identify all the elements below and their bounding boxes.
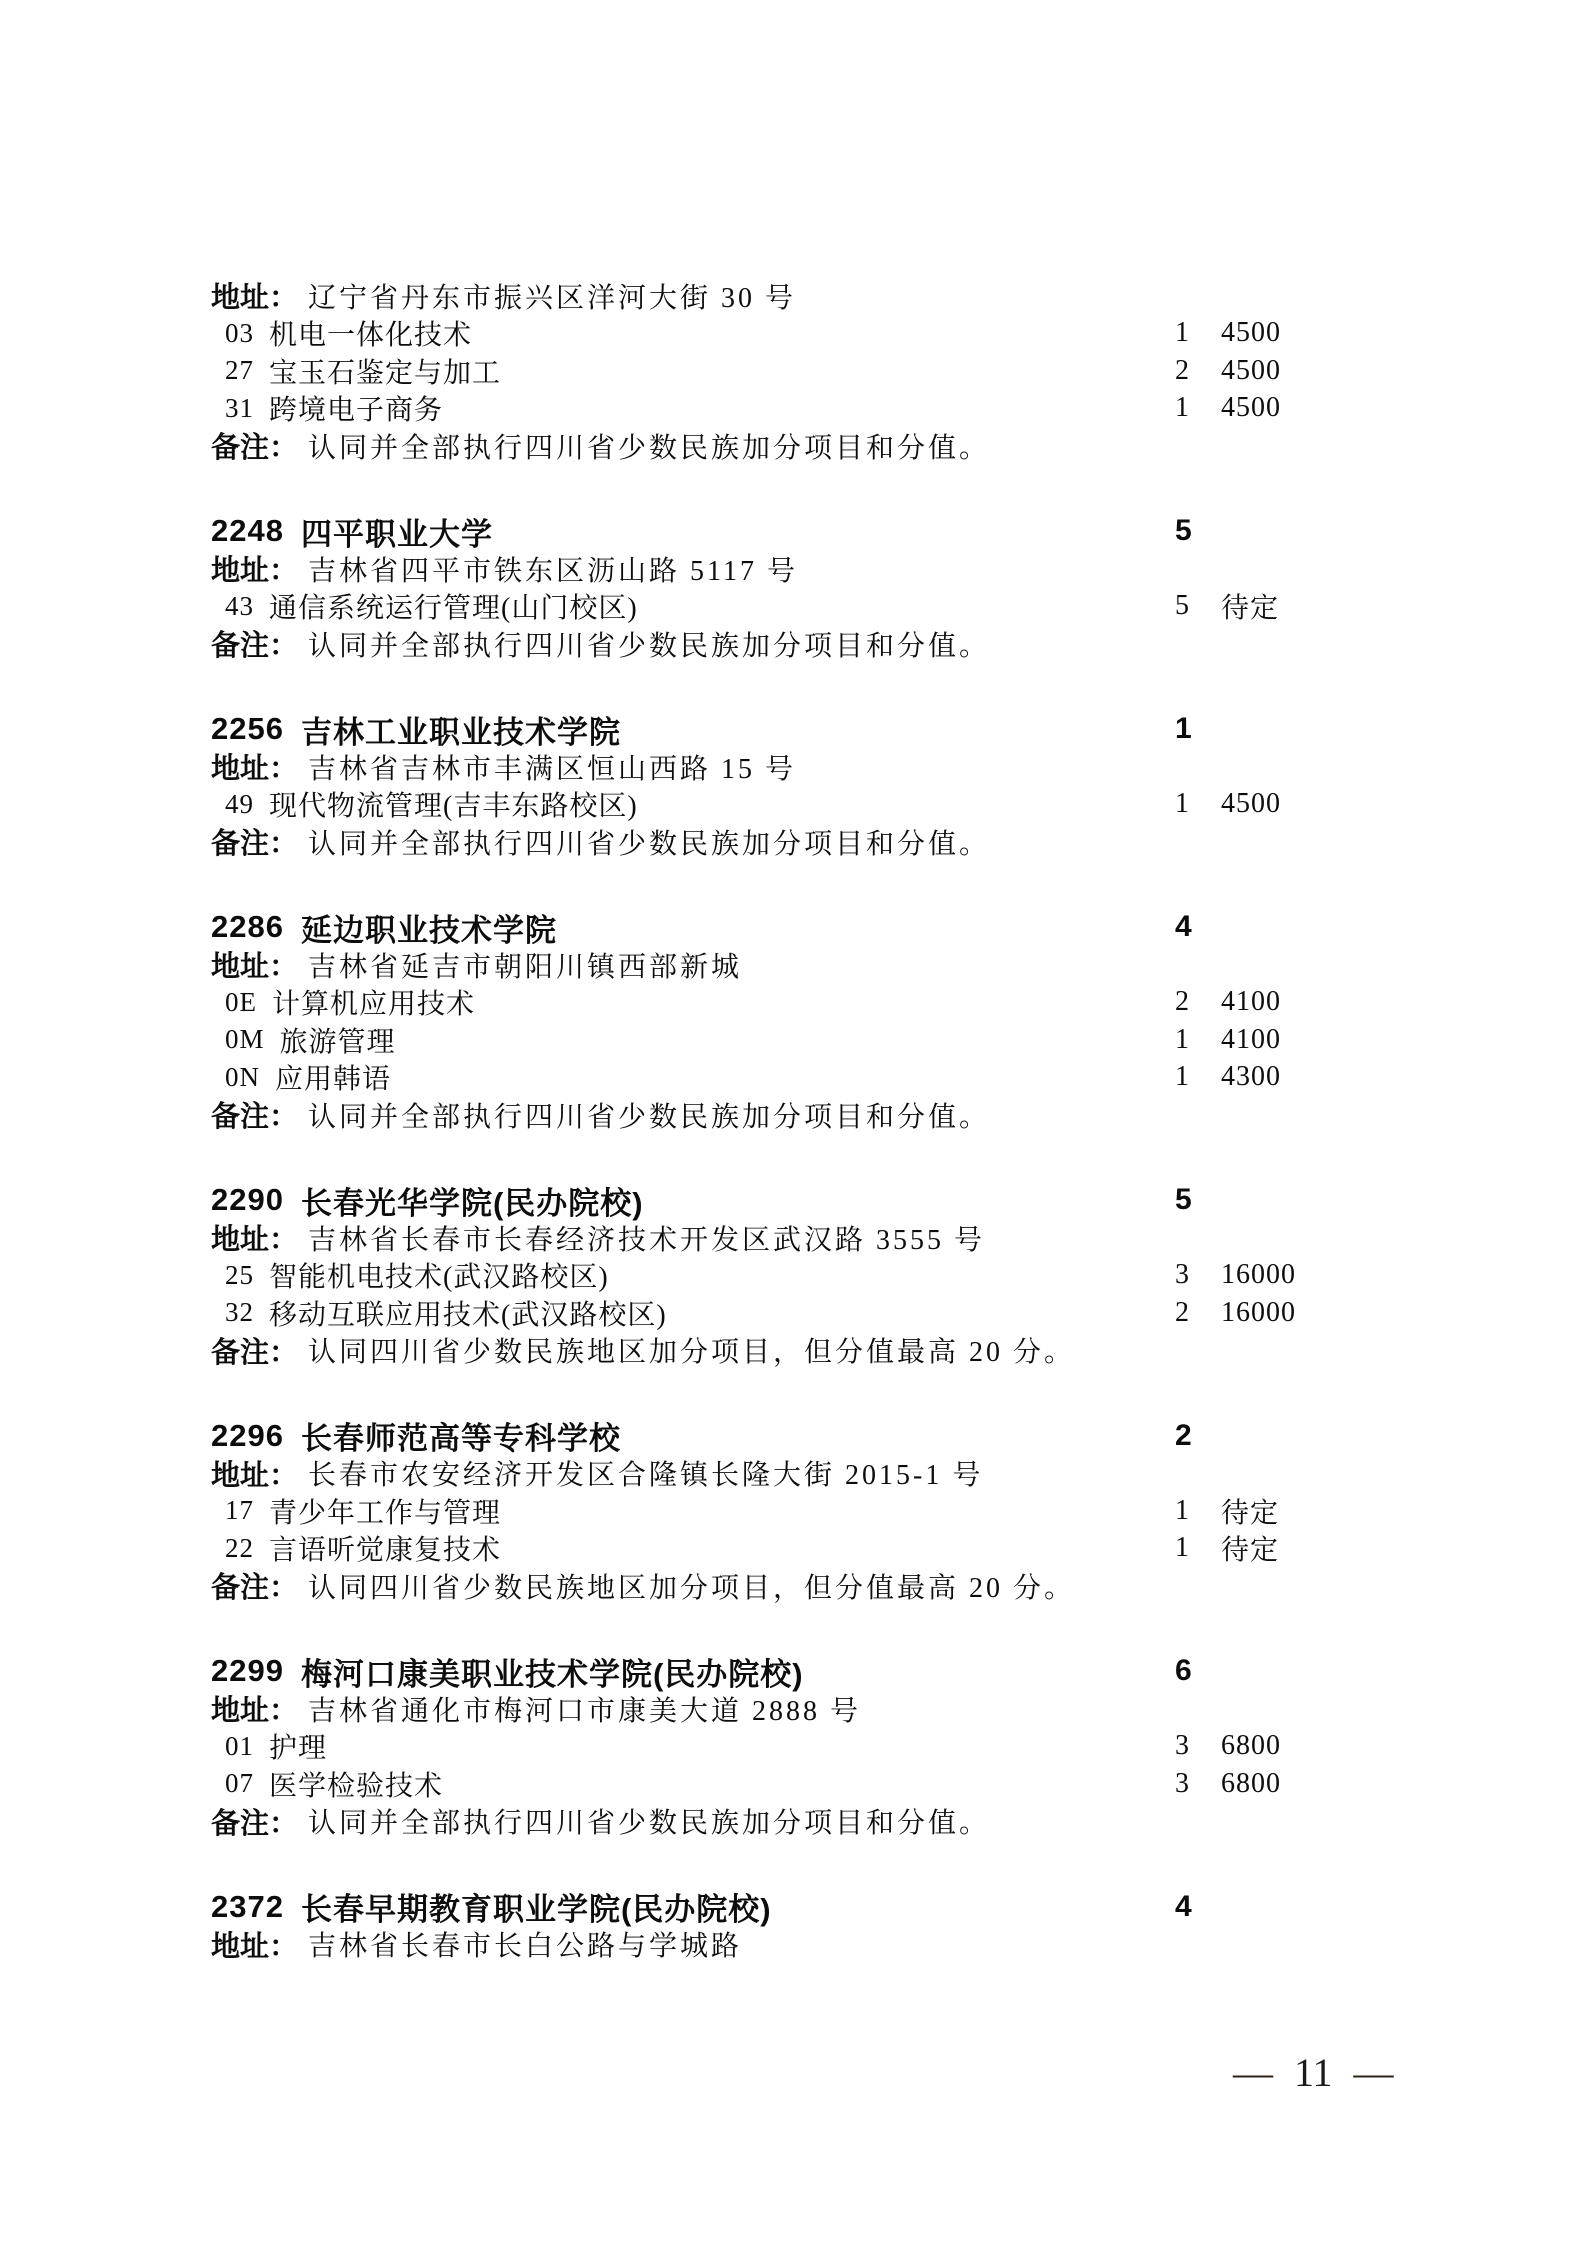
major-name: 应用韩语	[275, 1057, 391, 1097]
major-plan-count: 1	[1175, 1495, 1189, 1527]
school-header: 2286延边职业技术学院4	[211, 909, 1461, 947]
address-label: 地址：	[211, 275, 298, 316]
major-name: 言语听觉康复技术	[269, 1528, 501, 1568]
note-row: 备注：认同并全部执行四川省少数民族加分项目和分值。	[211, 427, 1461, 465]
address-text: 吉林省通化市梅河口市康美大道 2888 号	[308, 1689, 861, 1729]
major-name: 机电一体化技术	[269, 313, 472, 353]
major-plan-count: 1	[1175, 1061, 1189, 1093]
major-plan-count: 1	[1175, 317, 1189, 349]
note-row: 备注：认同并全部执行四川省少数民族加分项目和分值。	[211, 823, 1461, 861]
note-text: 认同并全部执行四川省少数民族加分项目和分值。	[308, 624, 990, 664]
school-code: 2256	[211, 711, 284, 747]
major-code: 01	[225, 1731, 254, 1762]
school-name: 梅河口康美职业技术学院(民办院校)	[301, 1649, 804, 1694]
address-row: 地址：吉林省四平市铁东区沥山路 5117 号	[211, 550, 1461, 588]
school-code: 2299	[211, 1653, 284, 1689]
note-text: 认同并全部执行四川省少数民族加分项目和分值。	[308, 426, 990, 466]
school-total-count: 1	[1175, 712, 1193, 746]
major-code: 17	[225, 1495, 254, 1526]
note-row: 备注：认同并全部执行四川省少数民族加分项目和分值。	[211, 625, 1461, 663]
major-row: 31跨境电子商务14500	[211, 390, 1461, 428]
school-code: 2372	[211, 1889, 284, 1925]
address-text: 吉林省长春市长白公路与学城路	[308, 1924, 742, 1964]
note-row: 备注：认同四川省少数民族地区加分项目，但分值最高 20 分。	[211, 1567, 1461, 1605]
school-name: 延边职业技术学院	[301, 905, 557, 950]
school-section: 2286延边职业技术学院4地址：吉林省延吉市朝阳川镇西部新城0E计算机应用技术2…	[211, 909, 1461, 1134]
major-plan-count: 2	[1175, 986, 1189, 1018]
major-tuition-fee: 16000	[1221, 1259, 1296, 1291]
address-row: 地址：吉林省通化市梅河口市康美大道 2888 号	[211, 1690, 1461, 1728]
major-name: 宝玉石鉴定与加工	[269, 351, 501, 391]
major-row: 01护理36800	[211, 1728, 1461, 1766]
major-code: 07	[225, 1768, 254, 1799]
school-code: 2248	[211, 513, 284, 549]
major-plan-count: 2	[1175, 355, 1189, 387]
major-code: 0E	[225, 987, 257, 1018]
major-code: 0N	[225, 1062, 260, 1093]
school-section: 2290长春光华学院(民办院校)5地址：吉林省长春市长春经济技术开发区武汉路 3…	[211, 1182, 1461, 1370]
major-name: 医学检验技术	[269, 1764, 443, 1804]
note-text: 认同四川省少数民族地区加分项目，但分值最高 20 分。	[308, 1566, 1075, 1606]
major-plan-count: 1	[1175, 1024, 1189, 1056]
page-footer: — 11 —	[1233, 2049, 1394, 2096]
major-row: 43通信系统运行管理(山门校区)5待定	[211, 588, 1461, 626]
major-tuition-fee: 4300	[1221, 1061, 1281, 1093]
school-total-count: 5	[1175, 1183, 1193, 1217]
major-tuition-fee: 6800	[1221, 1768, 1281, 1800]
major-row: 32移动互联应用技术(武汉路校区)216000	[211, 1294, 1461, 1332]
major-code: 25	[225, 1260, 254, 1291]
major-name: 移动互联应用技术(武汉路校区)	[269, 1293, 667, 1333]
address-label: 地址：	[211, 1924, 298, 1965]
school-section: 2248四平职业大学5地址：吉林省四平市铁东区沥山路 5117 号43通信系统运…	[211, 513, 1461, 663]
note-text: 认同并全部执行四川省少数民族加分项目和分值。	[308, 1801, 990, 1841]
address-row: 地址：吉林省延吉市朝阳川镇西部新城	[211, 946, 1461, 984]
school-header: 2299梅河口康美职业技术学院(民办院校)6	[211, 1653, 1461, 1691]
school-total-count: 6	[1175, 1654, 1193, 1688]
note-row: 备注：认同四川省少数民族地区加分项目，但分值最高 20 分。	[211, 1332, 1461, 1370]
major-name: 护理	[269, 1726, 327, 1766]
major-code: 43	[225, 591, 254, 622]
footer-dash-right: —	[1354, 2049, 1394, 2096]
major-name: 智能机电技术(武汉路校区)	[269, 1255, 609, 1295]
note-text: 认同并全部执行四川省少数民族加分项目和分值。	[308, 1095, 990, 1135]
note-row: 备注：认同并全部执行四川省少数民族加分项目和分值。	[211, 1096, 1461, 1134]
major-name: 计算机应用技术	[272, 982, 475, 1022]
document-page: 地址：辽宁省丹东市振兴区洋河大街 30 号03机电一体化技术1450027宝玉石…	[0, 0, 1587, 2245]
major-tuition-fee: 待定	[1221, 1491, 1279, 1531]
school-section: 2372长春早期教育职业学院(民办院校)4地址：吉林省长春市长白公路与学城路	[211, 1888, 1461, 1963]
major-row: 0E计算机应用技术24100	[211, 984, 1461, 1022]
major-row: 27宝玉石鉴定与加工24500	[211, 352, 1461, 390]
note-label: 备注：	[211, 1565, 298, 1606]
address-label: 地址：	[211, 944, 298, 985]
address-text: 吉林省吉林市丰满区恒山西路 15 号	[308, 747, 796, 787]
school-name: 长春光华学院(民办院校)	[301, 1178, 644, 1223]
school-header: 2372长春早期教育职业学院(民办院校)4	[211, 1888, 1461, 1926]
major-row: 07医学检验技术36800	[211, 1765, 1461, 1803]
school-section: 地址：辽宁省丹东市振兴区洋河大街 30 号03机电一体化技术1450027宝玉石…	[211, 277, 1461, 465]
school-code: 2286	[211, 909, 284, 945]
major-row: 03机电一体化技术14500	[211, 315, 1461, 353]
major-tuition-fee: 待定	[1221, 586, 1279, 626]
major-plan-count: 1	[1175, 392, 1189, 424]
major-plan-count: 3	[1175, 1730, 1189, 1762]
major-name: 现代物流管理(吉丰东路校区)	[269, 784, 638, 824]
note-text: 认同并全部执行四川省少数民族加分项目和分值。	[308, 822, 990, 862]
major-code: 22	[225, 1533, 254, 1564]
major-code: 0M	[225, 1024, 265, 1055]
note-label: 备注：	[211, 1094, 298, 1135]
school-header: 2248四平职业大学5	[211, 513, 1461, 551]
school-name: 四平职业大学	[301, 509, 493, 554]
school-name: 长春师范高等专科学校	[301, 1413, 621, 1458]
address-row: 地址：长春市农安经济开发区合隆镇长隆大街 2015-1 号	[211, 1455, 1461, 1493]
major-row: 0N应用韩语14300	[211, 1059, 1461, 1097]
school-code: 2290	[211, 1182, 284, 1218]
major-row: 17青少年工作与管理1待定	[211, 1492, 1461, 1530]
note-row: 备注：认同并全部执行四川省少数民族加分项目和分值。	[211, 1803, 1461, 1841]
school-code: 2296	[211, 1418, 284, 1454]
major-row: 0M旅游管理14100	[211, 1021, 1461, 1059]
note-label: 备注：	[211, 1801, 298, 1842]
major-tuition-fee: 待定	[1221, 1528, 1279, 1568]
address-text: 吉林省延吉市朝阳川镇西部新城	[308, 945, 742, 985]
major-row: 22言语听觉康复技术1待定	[211, 1530, 1461, 1568]
major-name: 青少年工作与管理	[269, 1491, 501, 1531]
major-plan-count: 2	[1175, 1297, 1189, 1329]
major-tuition-fee: 16000	[1221, 1297, 1296, 1329]
note-label: 备注：	[211, 1330, 298, 1371]
address-text: 长春市农安经济开发区合隆镇长隆大街 2015-1 号	[308, 1453, 983, 1493]
note-label: 备注：	[211, 821, 298, 862]
footer-dash-left: —	[1233, 2049, 1273, 2096]
major-plan-count: 5	[1175, 590, 1189, 622]
school-header: 2256吉林工业职业技术学院1	[211, 711, 1461, 749]
address-label: 地址：	[211, 746, 298, 787]
school-header: 2296长春师范高等专科学校2	[211, 1417, 1461, 1455]
address-label: 地址：	[211, 548, 298, 589]
school-section: 2296长春师范高等专科学校2地址：长春市农安经济开发区合隆镇长隆大街 2015…	[211, 1417, 1461, 1605]
major-row: 49现代物流管理(吉丰东路校区)14500	[211, 786, 1461, 824]
address-label: 地址：	[211, 1217, 298, 1258]
major-name: 通信系统运行管理(山门校区)	[269, 586, 638, 626]
school-section: 2299梅河口康美职业技术学院(民办院校)6地址：吉林省通化市梅河口市康美大道 …	[211, 1653, 1461, 1841]
major-code: 27	[225, 355, 254, 386]
school-total-count: 2	[1175, 1419, 1193, 1453]
major-plan-count: 3	[1175, 1259, 1189, 1291]
school-section: 2256吉林工业职业技术学院1地址：吉林省吉林市丰满区恒山西路 15 号49现代…	[211, 711, 1461, 861]
address-text: 吉林省四平市铁东区沥山路 5117 号	[308, 549, 798, 589]
major-plan-count: 1	[1175, 1532, 1189, 1564]
school-total-count: 4	[1175, 910, 1193, 944]
note-label: 备注：	[211, 623, 298, 664]
address-label: 地址：	[211, 1453, 298, 1494]
address-text: 吉林省长春市长春经济技术开发区武汉路 3555 号	[308, 1218, 985, 1258]
major-tuition-fee: 6800	[1221, 1730, 1281, 1762]
school-total-count: 4	[1175, 1890, 1193, 1924]
major-tuition-fee: 4500	[1221, 392, 1281, 424]
school-header: 2290长春光华学院(民办院校)5	[211, 1182, 1461, 1220]
address-label: 地址：	[211, 1688, 298, 1729]
content: 地址：辽宁省丹东市振兴区洋河大街 30 号03机电一体化技术1450027宝玉石…	[211, 277, 1461, 1963]
major-plan-count: 3	[1175, 1768, 1189, 1800]
major-code: 49	[225, 789, 254, 820]
major-tuition-fee: 4500	[1221, 317, 1281, 349]
major-row: 25智能机电技术(武汉路校区)316000	[211, 1257, 1461, 1295]
major-name: 旅游管理	[280, 1020, 396, 1060]
major-code: 32	[225, 1297, 254, 1328]
major-tuition-fee: 4500	[1221, 788, 1281, 820]
major-code: 03	[225, 318, 254, 349]
address-row: 地址：吉林省长春市长春经济技术开发区武汉路 3555 号	[211, 1219, 1461, 1257]
major-name: 跨境电子商务	[269, 388, 443, 428]
address-row: 地址：吉林省吉林市丰满区恒山西路 15 号	[211, 748, 1461, 786]
school-total-count: 5	[1175, 514, 1193, 548]
note-label: 备注：	[211, 425, 298, 466]
address-row: 地址：吉林省长春市长白公路与学城路	[211, 1926, 1461, 1964]
major-code: 31	[225, 393, 254, 424]
school-name: 长春早期教育职业学院(民办院校)	[301, 1884, 772, 1929]
address-text: 辽宁省丹东市振兴区洋河大街 30 号	[308, 276, 796, 316]
major-tuition-fee: 4500	[1221, 355, 1281, 387]
page-number: 11	[1294, 2049, 1333, 2096]
address-row: 地址：辽宁省丹东市振兴区洋河大街 30 号	[211, 277, 1461, 315]
note-text: 认同四川省少数民族地区加分项目，但分值最高 20 分。	[308, 1330, 1075, 1370]
major-tuition-fee: 4100	[1221, 986, 1281, 1018]
school-name: 吉林工业职业技术学院	[301, 707, 621, 752]
major-tuition-fee: 4100	[1221, 1024, 1281, 1056]
major-plan-count: 1	[1175, 788, 1189, 820]
